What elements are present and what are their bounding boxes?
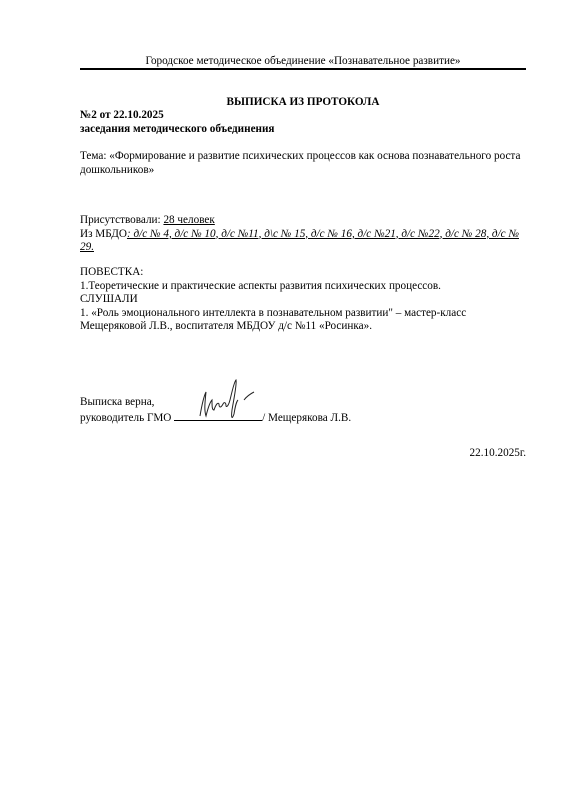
document-page: Городское методическое объединение «Позн… — [0, 0, 566, 800]
organization-header: Городское методическое объединение «Позн… — [80, 55, 526, 69]
agenda-heading: ПОВЕСТКА: — [80, 266, 526, 280]
heard-item: 1. «Роль эмоционального интеллекта в поз… — [80, 307, 526, 334]
sign-name: / Мещерякова Л.В. — [262, 412, 351, 424]
theme-paragraph: Тема: «Формирование и развитие психическ… — [80, 150, 526, 177]
handwritten-signature-icon — [192, 374, 262, 424]
present-label: Присутствовали: — [80, 214, 163, 226]
from-label: Из МБДО — [80, 228, 127, 240]
header-rule — [80, 68, 526, 70]
signature-block: Выписка верна, руководитель ГМО / Мещеря… — [80, 396, 526, 425]
protocol-number: №2 от 22.10.2025 — [80, 109, 275, 123]
sign-line-1: Выписка верна, — [80, 396, 526, 410]
attendance-block: Присутствовали: 28 человек Из МБДО: д/с … — [80, 214, 526, 255]
agenda-item: 1.Теоретические и практические аспекты р… — [80, 280, 526, 294]
sign-role: руководитель ГМО — [80, 412, 174, 424]
from-value: : д/с № 4, д/с № 10, д/с №11, д\с № 15, … — [80, 228, 519, 254]
present-value: 28 человек — [163, 214, 214, 226]
meeting-line: заседания методического объединения — [80, 123, 275, 137]
agenda-block: ПОВЕСТКА: 1.Теоретические и практические… — [80, 266, 526, 334]
document-title: ВЫПИСКА ИЗ ПРОТОКОЛА — [80, 96, 526, 110]
theme-text: «Формирование и развитие психических про… — [80, 150, 520, 176]
heard-heading: СЛУШАЛИ — [80, 293, 526, 307]
protocol-subtitle: №2 от 22.10.2025 заседания методического… — [80, 109, 275, 136]
theme-label: Тема: — [80, 150, 109, 162]
document-date: 22.10.2025г. — [470, 447, 526, 461]
